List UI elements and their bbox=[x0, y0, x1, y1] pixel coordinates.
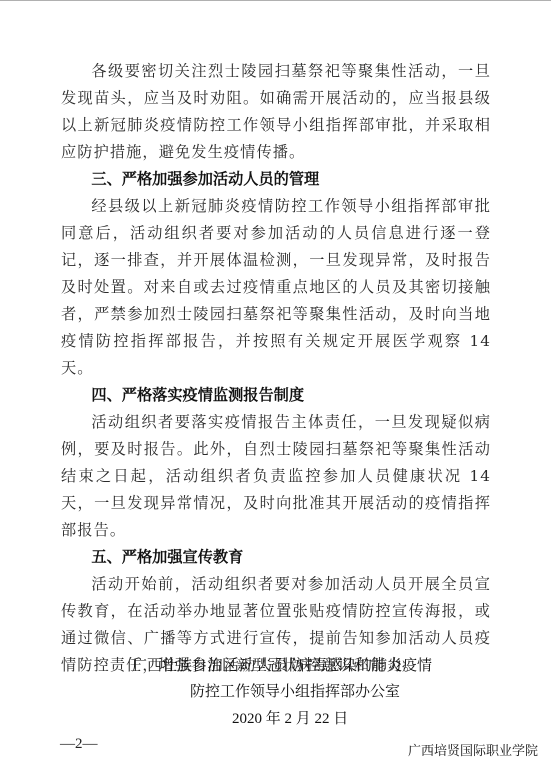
signature-date: 2020 年 2 月 22 日 bbox=[232, 707, 348, 728]
section-heading-5: 五、严格加强宣传教育 bbox=[61, 544, 491, 571]
page-top-border bbox=[0, 0, 551, 1]
page-number: —2— bbox=[60, 736, 98, 753]
paragraph-1: 各级要密切关注烈士陵园扫墓祭祀等聚集性活动，一旦发现苗头，应当及时劝阻。如确需开… bbox=[61, 58, 491, 166]
document-body: 各级要密切关注烈士陵园扫墓祭祀等聚集性活动，一旦发现苗头，应当及时劝阻。如确需开… bbox=[61, 58, 491, 679]
section-heading-3: 三、严格加强参加活动人员的管理 bbox=[61, 166, 491, 193]
paragraph-3: 活动组织者要落实疫情报告主体责任，一旦发现疑似病例，要及时报告。此外，自烈士陵园… bbox=[61, 409, 491, 544]
watermark-text: 广西培贤国际职业学院 bbox=[408, 740, 538, 759]
signature-line-1: 广西壮族自治区新型冠状病毒感染的肺炎疫情 bbox=[132, 654, 432, 675]
section-heading-4: 四、严格落实疫情监测报告制度 bbox=[61, 382, 491, 409]
paragraph-2: 经县级以上新冠肺炎疫情防控工作领导小组指挥部审批同意后，活动组织者要对参加活动的… bbox=[61, 193, 491, 382]
signature-line-2: 防控工作领导小组指挥部办公室 bbox=[190, 680, 400, 701]
